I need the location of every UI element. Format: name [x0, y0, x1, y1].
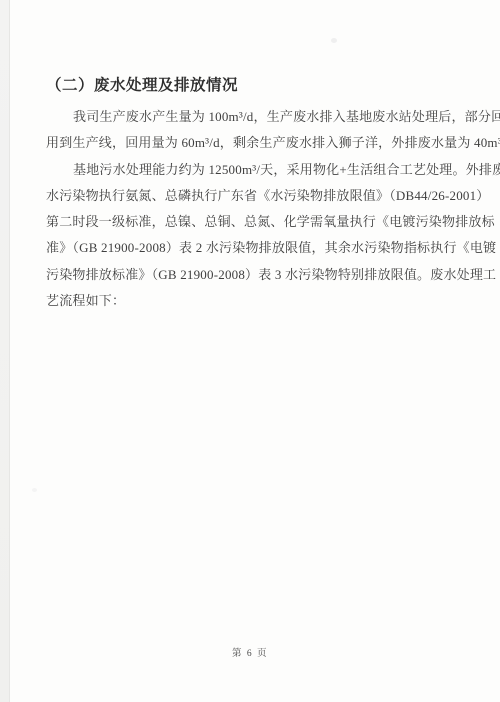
- text-line: 用到生产线，回用量为 60m³/d，剩余生产废水排入狮子洋，外排废水量为 40m…: [46, 130, 463, 156]
- document-body: （二）废水处理及排放情况 我司生产废水产生量为 100m³/d，生产废水排入基地…: [46, 76, 463, 314]
- document-page: （二）废水处理及排放情况 我司生产废水产生量为 100m³/d，生产废水排入基地…: [0, 0, 500, 702]
- scan-smudge: [331, 38, 337, 43]
- scan-edge-artifact: [0, 0, 10, 702]
- paragraph-wastewater-production: 我司生产废水产生量为 100m³/d，生产废水排入基地废水站处理后，部分回 用到…: [46, 104, 463, 157]
- text-line: 基地污水处理能力约为 12500m³/天，采用物化+生活组合工艺处理。外排废: [46, 157, 463, 183]
- text-line: 准》（GB 21900-2008）表 2 水污染物排放限值，其余水污染物指标执行…: [46, 235, 463, 261]
- scan-smudge: [32, 488, 37, 492]
- paragraph-treatment-standards: 基地污水处理能力约为 12500m³/天，采用物化+生活组合工艺处理。外排废 水…: [46, 157, 463, 315]
- text-line: 我司生产废水产生量为 100m³/d，生产废水排入基地废水站处理后，部分回: [46, 104, 463, 130]
- text-line: 污染物排放标准》（GB 21900-2008）表 3 水污染物特别排放限值。废水…: [46, 262, 463, 288]
- section-heading: （二）废水处理及排放情况: [46, 76, 463, 96]
- text-line: 第二时段一级标准，总镍、总铜、总氮、化学需氧量执行《电镀污染物排放标: [46, 209, 463, 235]
- text-line: 艺流程如下：: [46, 288, 463, 314]
- page-number: 第 6 页: [0, 645, 500, 659]
- text-line: 水污染物执行氨氮、总磷执行广东省《水污染物排放限值》（DB44/26-2001）: [46, 183, 463, 209]
